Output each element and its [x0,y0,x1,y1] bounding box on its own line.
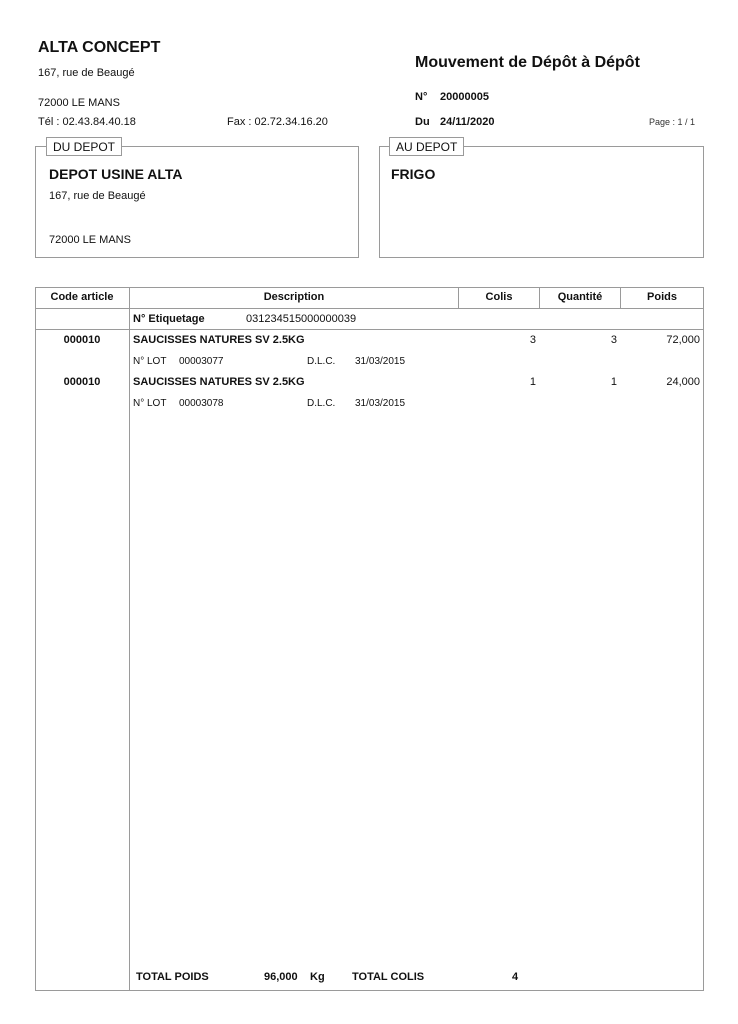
row-dlc-label: D.L.C. [307,398,335,409]
column-header-colis: Colis [459,291,539,303]
page-indicator: Page : 1 / 1 [649,117,695,127]
from-depot-address-line2: 72000 LE MANS [49,234,131,246]
items-table [35,287,704,991]
row-poids: 24,000 [630,376,700,388]
column-header-code: Code article [35,291,129,303]
document-date-label: Du [415,116,430,128]
to-depot-name: FRIGO [391,166,435,182]
row-description: SAUCISSES NATURES SV 2.5KG [133,334,305,346]
document-title: Mouvement de Dépôt à Dépôt [415,54,640,72]
from-depot-name: DEPOT USINE ALTA [49,166,183,182]
total-poids-value: 96,000 [264,971,298,983]
company-address-line2: 72000 LE MANS [38,97,120,109]
row-code: 000010 [35,334,129,346]
row-dlc: 31/03/2015 [355,398,405,409]
column-header-quantite: Quantité [540,291,620,303]
total-colis-value: 4 [512,971,518,983]
to-depot-tab: AU DEPOT [389,137,464,156]
row-dlc: 31/03/2015 [355,356,405,367]
column-divider [129,287,130,990]
row-description: SAUCISSES NATURES SV 2.5KG [133,376,305,388]
row-quantite: 3 [560,334,617,346]
total-poids-label: TOTAL POIDS [136,971,209,983]
company-phone: Tél : 02.43.84.40.18 [38,116,136,128]
row-dlc-label: D.L.C. [307,356,335,367]
company-address-line1: 167, rue de Beaugé [38,67,135,79]
document-number: 20000005 [440,91,489,103]
from-depot-tab: DU DEPOT [46,137,122,156]
etiquetage-bottom-line [35,329,703,330]
row-code: 000010 [35,376,129,388]
etiquetage-label: N° Etiquetage [133,313,205,325]
document-date: 24/11/2020 [440,116,494,128]
to-depot-box [379,146,704,258]
from-depot-address-line1: 167, rue de Beaugé [49,190,146,202]
column-header-poids: Poids [621,291,703,303]
row-quantite: 1 [560,376,617,388]
row-lot: 00003077 [179,356,224,367]
row-colis: 3 [480,334,536,346]
header-bottom-line [35,308,703,309]
row-poids: 72,000 [630,334,700,346]
row-lot: 00003078 [179,398,224,409]
row-colis: 1 [480,376,536,388]
row-lot-label: N° LOT [133,356,166,367]
total-poids-unit: Kg [310,971,325,983]
company-fax: Fax : 02.72.34.16.20 [227,116,328,128]
total-colis-label: TOTAL COLIS [352,971,424,983]
etiquetage-value: 031234515000000039 [246,313,356,325]
document-number-label: N° [415,91,427,103]
column-header-description: Description [130,291,458,303]
company-name: ALTA CONCEPT [38,39,160,57]
row-lot-label: N° LOT [133,398,166,409]
